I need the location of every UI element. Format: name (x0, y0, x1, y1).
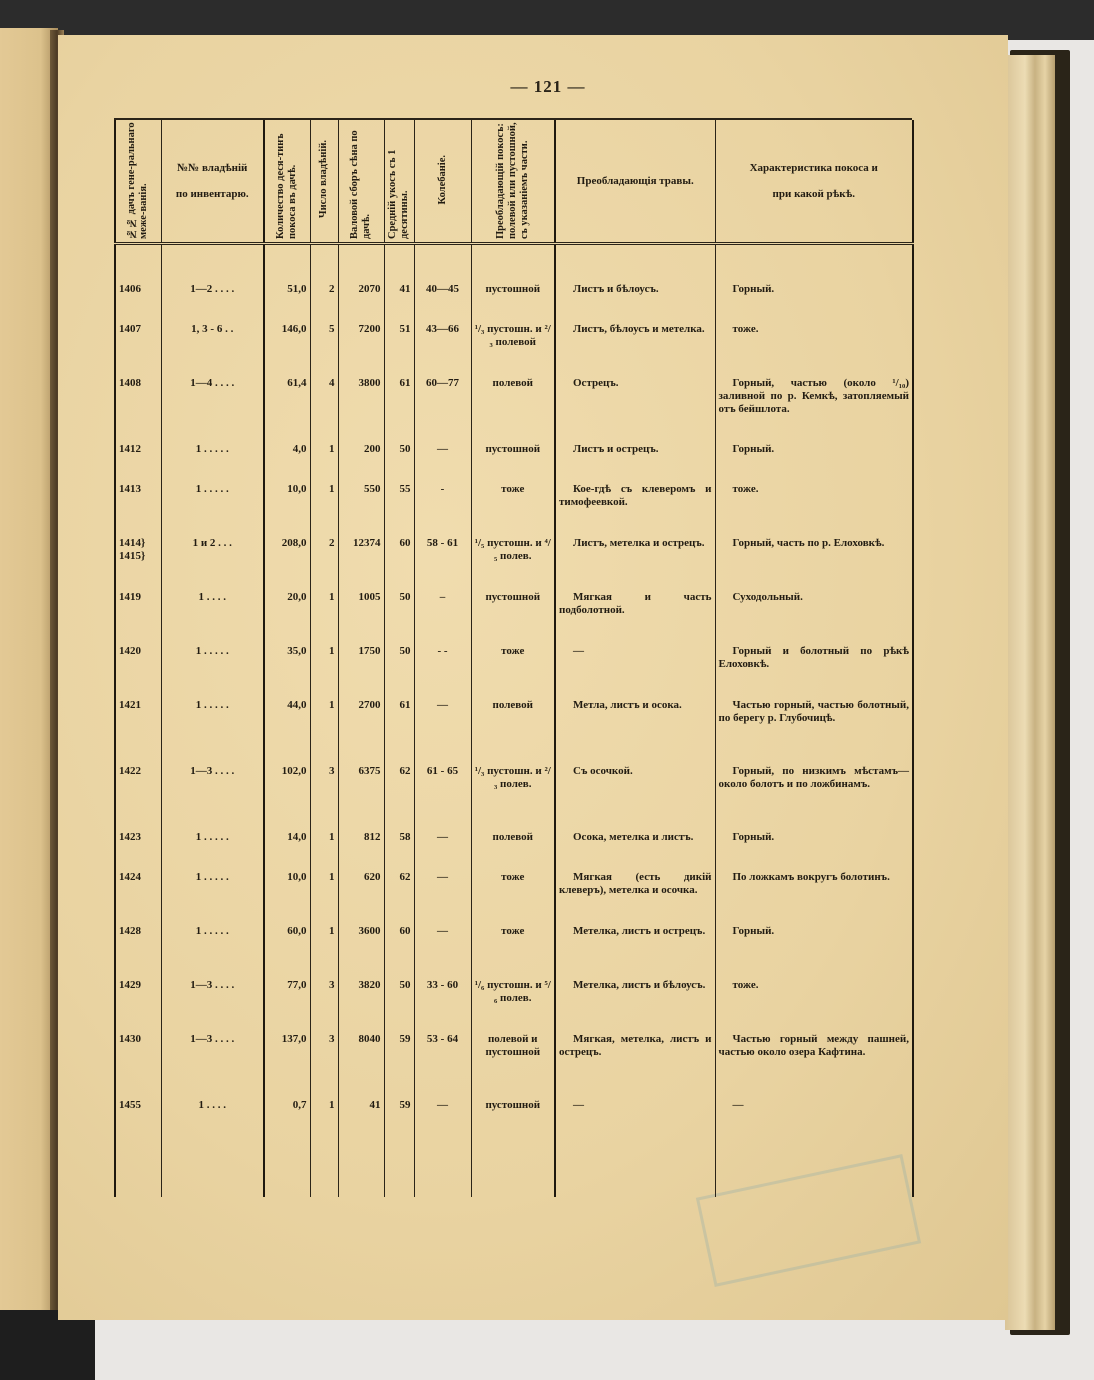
cell-vladenia: 1 . . . . . (161, 831, 264, 871)
cell-kolebanie: 40—45 (414, 283, 471, 323)
cell-chislo: 1 (310, 699, 338, 765)
cell-sbor: 12374 (338, 537, 384, 591)
cell-dacha: 1422 (115, 765, 161, 831)
cell-dacha: 1455 (115, 1099, 161, 1155)
cell-dacha: 1414} 1415} (115, 537, 161, 591)
cell-pokos: полевой (471, 699, 555, 765)
cell-chislo: 1 (310, 591, 338, 645)
cell-sbor: 200 (338, 443, 384, 483)
cell-dacha: 1406 (115, 283, 161, 323)
cell-kharakteristika: — (715, 1099, 913, 1155)
header-kharakteristika: Характеристика покоса и при какой рѣкѣ. (715, 120, 913, 244)
scan-background-bottom (0, 1310, 95, 1380)
cell-desyatin: 146,0 (264, 323, 310, 377)
cell-desyatin: 35,0 (264, 645, 310, 699)
cell-vladenia: 1 . . . . . (161, 443, 264, 483)
page-fore-edge (1005, 55, 1055, 1330)
table-row: 1407 1, 3 - 6 . . 146,0 5 7200 51 43—66 … (115, 323, 913, 377)
cell-pokos: пустошной (471, 443, 555, 483)
spacer-row (115, 244, 913, 284)
cell-travy: Метелка, листъ и бѣлоусъ. (555, 979, 715, 1033)
cell-ukos: 58 (384, 831, 414, 871)
cell-vladenia: 1—4 . . . . (161, 377, 264, 443)
cell-vladenia: 1 . . . . (161, 591, 264, 645)
cell-travy: Мягкая, метелка, листъ и острецъ. (555, 1033, 715, 1099)
cell-sbor: 8040 (338, 1033, 384, 1099)
table-row: 1423 1 . . . . . 14,0 1 812 58 — полевой… (115, 831, 913, 871)
cell-pokos: ¹/₃ пустошн. и ²/₃ полев. (471, 765, 555, 831)
cell-sbor: 812 (338, 831, 384, 871)
table-row: 1455 1 . . . . 0,7 1 41 59 — пустошной —… (115, 1099, 913, 1155)
cell-kharakteristika: тоже. (715, 323, 913, 377)
cell-vladenia: 1, 3 - 6 . . (161, 323, 264, 377)
cell-pokos: полевой (471, 377, 555, 443)
cell-vladenia: 1 . . . . . (161, 483, 264, 537)
cell-kolebanie: 61 - 65 (414, 765, 471, 831)
book-page: — 121 — №№ дачъ гене-ральнаго меже-ванія… (58, 35, 1008, 1320)
cell-chislo: 1 (310, 1099, 338, 1155)
header-vladenia: №№ владѣній по инвентарю. (161, 120, 264, 244)
cell-travy: Метелка, листъ и острецъ. (555, 925, 715, 979)
cell-dacha: 1423 (115, 831, 161, 871)
cell-sbor: 41 (338, 1099, 384, 1155)
cell-ukos: 61 (384, 699, 414, 765)
cell-pokos: пустошной (471, 591, 555, 645)
cell-travy: — (555, 645, 715, 699)
cell-kolebanie: — (414, 699, 471, 765)
cell-dacha: 1408 (115, 377, 161, 443)
cell-pokos: ¹/₃ пустошн. и ²/₃ полевой (471, 323, 555, 377)
cell-travy: Листъ и бѣлоусъ. (555, 283, 715, 323)
header-ukos: Средній укосъ съ 1 десятины. (384, 120, 414, 244)
cell-ukos: 60 (384, 925, 414, 979)
cell-dacha: 1420 (115, 645, 161, 699)
cell-chislo: 1 (310, 831, 338, 871)
table-row: 1424 1 . . . . . 10,0 1 620 62 — тоже Мя… (115, 871, 913, 925)
cell-kolebanie: — (414, 443, 471, 483)
cell-ukos: 50 (384, 591, 414, 645)
cell-kolebanie: - - (414, 645, 471, 699)
scan-background-top (0, 0, 1094, 40)
cell-travy: Листъ, метелка и острецъ. (555, 537, 715, 591)
cell-vladenia: 1—3 . . . . (161, 979, 264, 1033)
cell-travy: Кое-гдѣ съ клеверомъ и тимофеевкой. (555, 483, 715, 537)
cell-kharakteristika: Горный и болотный по рѣкѣ Елоховкѣ. (715, 645, 913, 699)
cell-ukos: 62 (384, 871, 414, 925)
cell-pokos: полевой (471, 831, 555, 871)
cell-vladenia: 1 . . . . . (161, 871, 264, 925)
cell-pokos: пустошной (471, 283, 555, 323)
cell-chislo: 1 (310, 925, 338, 979)
cell-sbor: 550 (338, 483, 384, 537)
cell-kolebanie: — (414, 871, 471, 925)
cell-vladenia: 1 . . . . . (161, 645, 264, 699)
cell-sbor: 2070 (338, 283, 384, 323)
cell-kharakteristika: Горный. (715, 283, 913, 323)
cell-kolebanie: — (414, 831, 471, 871)
cell-kolebanie: – (414, 591, 471, 645)
table-row: 1406 1—2 . . . . 51,0 2 2070 41 40—45 пу… (115, 283, 913, 323)
cell-travy: — (555, 1099, 715, 1155)
table-row: 1429 1—3 . . . . 77,0 3 3820 50 33 - 60 … (115, 979, 913, 1033)
header-desyatin: Количество деся-тинъ покоса въ дачѣ. (264, 120, 310, 244)
cell-desyatin: 4,0 (264, 443, 310, 483)
cell-kharakteristika: Горный. (715, 831, 913, 871)
cell-sbor: 6375 (338, 765, 384, 831)
cell-travy: Мягкая (есть дикій клеверъ), метелка и о… (555, 871, 715, 925)
cell-chislo: 4 (310, 377, 338, 443)
cell-pokos: пустошной (471, 1099, 555, 1155)
cell-vladenia: 1 . . . . . (161, 925, 264, 979)
cell-dacha: 1429 (115, 979, 161, 1033)
cell-kharakteristika: По ложкамъ вокругъ болотинъ. (715, 871, 913, 925)
table-header-row: №№ дачъ гене-ральнаго меже-ванія. №№ вла… (115, 120, 913, 244)
cell-dacha: 1419 (115, 591, 161, 645)
cell-ukos: 50 (384, 979, 414, 1033)
cell-chislo: 5 (310, 323, 338, 377)
table-row: 1421 1 . . . . . 44,0 1 2700 61 — полево… (115, 699, 913, 765)
cell-kharakteristika: тоже. (715, 979, 913, 1033)
cell-ukos: 59 (384, 1099, 414, 1155)
cell-sbor: 620 (338, 871, 384, 925)
cell-chislo: 1 (310, 443, 338, 483)
cell-chislo: 3 (310, 979, 338, 1033)
cell-dacha: 1428 (115, 925, 161, 979)
cell-sbor: 1750 (338, 645, 384, 699)
header-travy: Преобладающія травы. (555, 120, 715, 244)
cell-pokos: полевой и пустошной (471, 1033, 555, 1099)
cell-sbor: 7200 (338, 323, 384, 377)
cell-sbor: 3600 (338, 925, 384, 979)
cell-vladenia: 1—3 . . . . (161, 1033, 264, 1099)
cell-pokos: тоже (471, 871, 555, 925)
cell-pokos: тоже (471, 483, 555, 537)
cell-dacha: 1412 (115, 443, 161, 483)
cell-kharakteristika: Суходольный. (715, 591, 913, 645)
spacer-row (115, 1155, 913, 1197)
cell-travy: Съ осочкой. (555, 765, 715, 831)
table-top-rule (114, 118, 912, 120)
cell-chislo: 3 (310, 765, 338, 831)
cell-chislo: 3 (310, 1033, 338, 1099)
cell-ukos: 61 (384, 377, 414, 443)
cell-pokos: ¹/₆ пустошн. и ⁵/₆ полев. (471, 979, 555, 1033)
cell-chislo: 1 (310, 483, 338, 537)
hay-statistics-table: №№ дачъ гене-ральнаго меже-ванія. №№ вла… (114, 120, 969, 1197)
table-row: 1408 1—4 . . . . 61,4 4 3800 61 60—77 по… (115, 377, 913, 443)
table-row: 1419 1 . . . . 20,0 1 1005 50 – пустошно… (115, 591, 913, 645)
cell-kolebanie: 53 - 64 (414, 1033, 471, 1099)
cell-desyatin: 137,0 (264, 1033, 310, 1099)
cell-dacha: 1421 (115, 699, 161, 765)
cell-travy: Метла, листъ и осока. (555, 699, 715, 765)
cell-desyatin: 61,4 (264, 377, 310, 443)
cell-kolebanie: 33 - 60 (414, 979, 471, 1033)
table-row: 1430 1—3 . . . . 137,0 3 8040 59 53 - 64… (115, 1033, 913, 1099)
cell-ukos: 50 (384, 443, 414, 483)
header-dacha: №№ дачъ гене-ральнаго меже-ванія. (115, 120, 161, 244)
table-row: 1422 1—3 . . . . 102,0 3 6375 62 61 - 65… (115, 765, 913, 831)
cell-desyatin: 60,0 (264, 925, 310, 979)
cell-travy: Мягкая и часть подболотной. (555, 591, 715, 645)
cell-desyatin: 10,0 (264, 871, 310, 925)
cell-kharakteristika: Горный, часть по р. Елоховкѣ. (715, 537, 913, 591)
table-row: 1413 1 . . . . . 10,0 1 550 55 - тоже Ко… (115, 483, 913, 537)
cell-ukos: 60 (384, 537, 414, 591)
header-kolebanie: Колебаніе. (414, 120, 471, 244)
cell-travy: Осока, метелка и листъ. (555, 831, 715, 871)
cell-vladenia: 1 . . . . (161, 1099, 264, 1155)
cell-travy: Острецъ. (555, 377, 715, 443)
cell-vladenia: 1—2 . . . . (161, 283, 264, 323)
header-chislo: Число владѣній. (310, 120, 338, 244)
cell-chislo: 1 (310, 645, 338, 699)
cell-desyatin: 14,0 (264, 831, 310, 871)
cell-kolebanie: - (414, 483, 471, 537)
cell-chislo: 2 (310, 283, 338, 323)
cell-kharakteristika: Горный, по низкимъ мѣстамъ—около болотъ … (715, 765, 913, 831)
cell-sbor: 2700 (338, 699, 384, 765)
cell-travy: Листъ, бѣлоусъ и метелка. (555, 323, 715, 377)
header-sbor: Валовой сборъ сѣна по дачѣ. (338, 120, 384, 244)
cell-chislo: 1 (310, 871, 338, 925)
cell-kolebanie: 60—77 (414, 377, 471, 443)
cell-kharakteristika: тоже. (715, 483, 913, 537)
cell-dacha: 1430 (115, 1033, 161, 1099)
cell-desyatin: 20,0 (264, 591, 310, 645)
cell-vladenia: 1 . . . . . (161, 699, 264, 765)
cell-desyatin: 208,0 (264, 537, 310, 591)
table-row: 1420 1 . . . . . 35,0 1 1750 50 - - тоже… (115, 645, 913, 699)
cell-kharakteristika: Горный. (715, 925, 913, 979)
cell-ukos: 55 (384, 483, 414, 537)
cell-kolebanie: — (414, 925, 471, 979)
cell-desyatin: 10,0 (264, 483, 310, 537)
table-row: 1412 1 . . . . . 4,0 1 200 50 — пустошно… (115, 443, 913, 483)
cell-dacha: 1413 (115, 483, 161, 537)
cell-ukos: 50 (384, 645, 414, 699)
cell-kharakteristika: Горный, частью (около ¹/₁₀) заливной по … (715, 377, 913, 443)
table-row: 1414} 1415} 1 и 2 . . . 208,0 2 12374 60… (115, 537, 913, 591)
cell-sbor: 3800 (338, 377, 384, 443)
cell-kharakteristika: Частью горный между пашней, частью около… (715, 1033, 913, 1099)
cell-kharakteristika: Частью горный, частью болотный, по берег… (715, 699, 913, 765)
cell-kolebanie: 43—66 (414, 323, 471, 377)
header-pokos: Преобладающій покосъ: полевой или пустош… (471, 120, 555, 244)
cell-travy: Листъ и острецъ. (555, 443, 715, 483)
table-row: 1428 1 . . . . . 60,0 1 3600 60 — тоже М… (115, 925, 913, 979)
cell-ukos: 59 (384, 1033, 414, 1099)
cell-ukos: 62 (384, 765, 414, 831)
cell-ukos: 41 (384, 283, 414, 323)
cell-vladenia: 1—3 . . . . (161, 765, 264, 831)
cell-pokos: ¹/₅ пустошн. и ⁴/₅ полев. (471, 537, 555, 591)
cell-dacha: 1407 (115, 323, 161, 377)
cell-chislo: 2 (310, 537, 338, 591)
cell-vladenia: 1 и 2 . . . (161, 537, 264, 591)
page-number: — 121 — (478, 77, 618, 97)
cell-pokos: тоже (471, 645, 555, 699)
cell-desyatin: 77,0 (264, 979, 310, 1033)
cell-dacha: 1424 (115, 871, 161, 925)
cell-ukos: 51 (384, 323, 414, 377)
cell-desyatin: 0,7 (264, 1099, 310, 1155)
cell-sbor: 1005 (338, 591, 384, 645)
cell-sbor: 3820 (338, 979, 384, 1033)
cell-desyatin: 44,0 (264, 699, 310, 765)
cell-pokos: тоже (471, 925, 555, 979)
cell-desyatin: 51,0 (264, 283, 310, 323)
cell-desyatin: 102,0 (264, 765, 310, 831)
cell-kolebanie: 58 - 61 (414, 537, 471, 591)
cell-kharakteristika: Горный. (715, 443, 913, 483)
cell-kolebanie: — (414, 1099, 471, 1155)
